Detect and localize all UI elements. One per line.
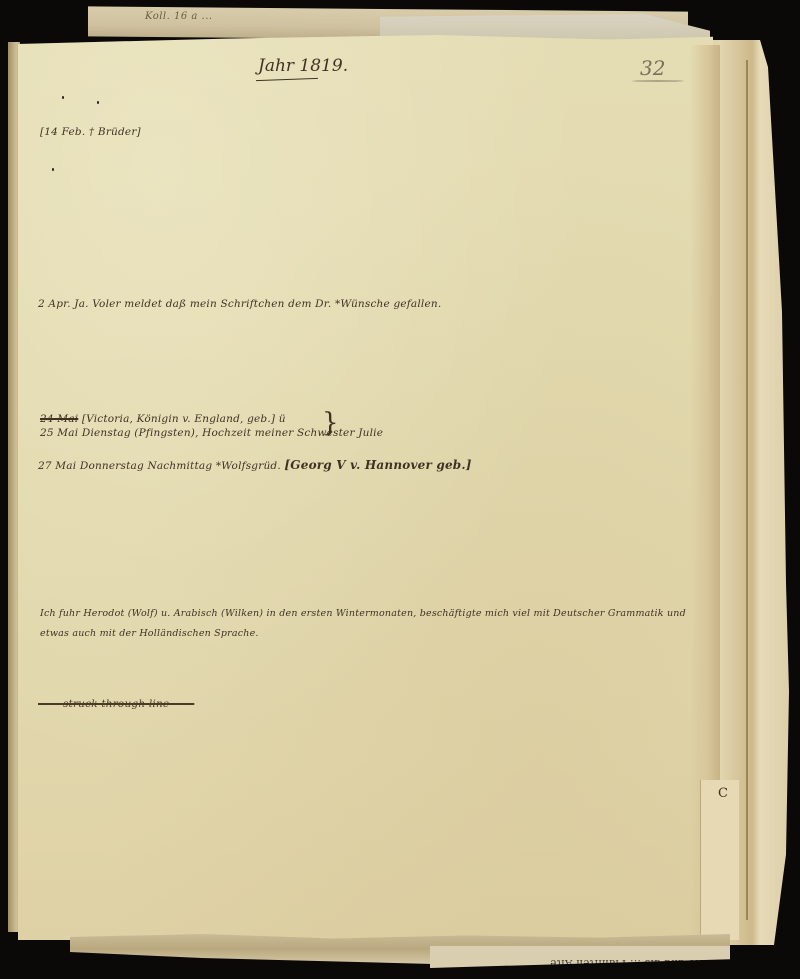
back-sheet-label: Koll. 16 a ... [145,11,213,22]
right-tab-letter: C [718,786,728,801]
struck-through-line: —— struck-through line —— [38,698,274,710]
entry-date: 27 Mai [38,460,76,472]
entry-may24: 24 Mai [Victoria, Königin v. England, ge… [40,413,286,425]
entry-feb14: [14 Feb. † Brüder] [40,126,141,138]
entry-date: 25 Mai [40,427,78,439]
entry-text: Donnerstag Nachmittag *Wolfsgrüd. [80,460,281,472]
ink-dot [62,96,64,99]
ink-dot [97,101,99,104]
binding-crease [746,60,748,920]
entry-may27: 27 Mai Donnerstag Nachmittag *Wolfsgrüd.… [38,458,472,472]
entry-text: [Victoria, Königin v. England, geb.] ü [82,413,286,425]
note-line-2: etwas auch mit der Holländischen Sprache… [40,628,259,639]
entry-apr2: 2 Apr. Ja. Voler meldet daß mein Schrift… [38,298,441,310]
page-number: 32 [640,56,665,80]
page-number-underline [632,80,684,82]
struck-date: 24 Mai [40,413,78,425]
year-heading: Jahr 1819. [258,56,348,76]
note-line-1: Ich fuhr Herodot (Wolf) u. Arabisch (Wil… [40,608,686,619]
entry-date: 2 Apr. [38,298,71,310]
manuscript-page [18,35,713,940]
bracket-note: [Georg V v. Hannover geb.] [284,458,471,472]
scan-frame: Koll. 16 a ... C Beamte und als ... Pian… [0,0,800,979]
right-tab-strip [700,780,739,940]
entry-text: Ja. Voler meldet daß mein Schriftchen de… [74,298,441,310]
brace-mark: } [322,408,339,438]
ink-dot [52,168,54,171]
newspaper-fragment: Beamte und als ... Pianiften Alte [430,946,730,968]
